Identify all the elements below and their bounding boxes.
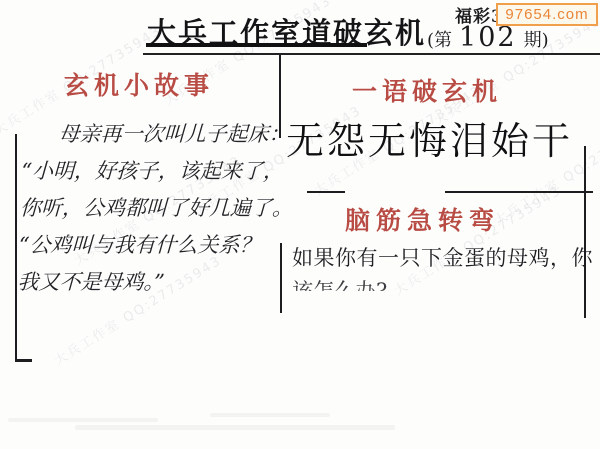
title-underline: [146, 43, 367, 47]
mystery-phrase: 无怨无悔泪始干: [286, 110, 573, 165]
scan-smudge: [75, 425, 395, 430]
story-line: 母亲再一次叫儿子起床：: [22, 116, 291, 153]
brain-teaser-question-line2: 该怎么办?: [292, 275, 492, 291]
section-heading-story: 玄机小故事: [64, 66, 214, 102]
story-line: 你听，公鸡都叫了好几遍了。: [19, 190, 288, 227]
issue-suffix: 期): [524, 30, 549, 51]
story-line: 我又不是母鸡。”: [17, 264, 286, 301]
brain-box-top-line-left: [307, 191, 345, 193]
story-line: “公鸡叫与我有什么关系？: [18, 227, 287, 264]
section-heading-brain-teaser: 脑筋急转弯: [345, 201, 500, 237]
scanned-lottery-page: 大兵工作室 QQ:27735943 大兵工作室 QQ:27735943 大兵工作…: [0, 0, 600, 449]
brain-teaser-question-line1: 如果你有一只下金蛋的母鸡，你: [292, 242, 588, 272]
left-box-bottom-corner: [15, 359, 32, 362]
brain-box-top-line-right: [445, 191, 593, 193]
story-line: “小明，好孩子，该起来了，: [21, 153, 290, 190]
issue-number-line: (第102期): [427, 22, 549, 53]
issue-number: 102: [459, 22, 517, 53]
right-box-border: [584, 146, 586, 318]
issue-prefix: (第: [427, 30, 452, 51]
header-divider-line: [143, 53, 600, 55]
site-url-badge[interactable]: 97654.com: [496, 3, 598, 26]
scan-smudge: [8, 418, 158, 422]
section-heading-phrase: 一语破玄机: [352, 72, 502, 108]
left-box-border: [15, 134, 17, 362]
story-text: 母亲再一次叫儿子起床： “小明，好孩子，该起来了， 你听，公鸡都叫了好几遍了。 …: [17, 116, 291, 301]
scan-smudge: [210, 413, 330, 417]
brain-teaser-question-line2-clipped: 该怎么办?: [292, 275, 492, 291]
